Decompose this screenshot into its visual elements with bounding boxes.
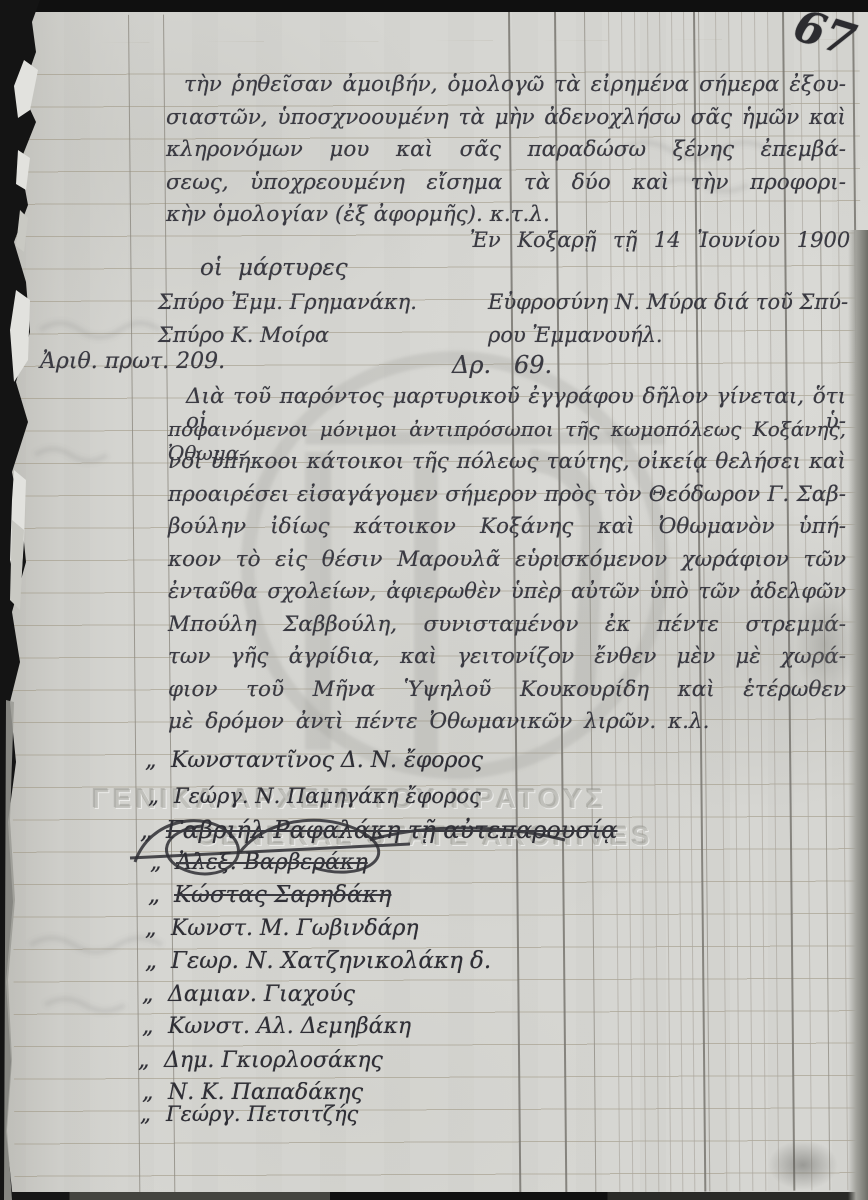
signature-row: „Γεωρ. Ν. Χατζηνικολάκη δ. xyxy=(145,948,491,974)
smudge xyxy=(768,1140,838,1190)
signature-row: „Κωνστ. Αλ. Δεμηβάκη xyxy=(142,1014,411,1039)
ditto-mark: „ xyxy=(148,882,174,908)
signature-row: „Δημ. Γκιορλοσάκης xyxy=(138,1048,383,1073)
fee-note: Δρ. 69. xyxy=(452,351,552,379)
body-line: βούλην ἰδίως κάτοικον Κοξάνης καὶ Ὀθωμαν… xyxy=(168,514,846,539)
signature-name: Κωνστ. Αλ. Δεμηβάκη xyxy=(168,1014,411,1039)
signature-row: „Γαβριήλ Ραφαλάκη τῇ αὐτεπαρουσίᾳ xyxy=(140,816,617,844)
ditto-mark: „ xyxy=(145,948,171,974)
torn-binding-edge xyxy=(0,0,48,1200)
signature-row: „Κωνστ. Μ. Γωβινδάρη xyxy=(145,916,419,941)
signature-row: „Κωνσταντῖνος Δ. Ν. ἔφορος xyxy=(145,748,483,773)
signature-name: Δημ. Γκιορλοσάκης xyxy=(164,1048,383,1073)
ditto-mark: „ xyxy=(142,1014,168,1039)
signature-row: „Ἀλεξ. Βαρβεράκη xyxy=(150,850,368,875)
body-line: ἐνταῦθα σχολείων, ἀφιερωθὲν ὑπὲρ αὐτῶν ὑ… xyxy=(168,579,846,603)
signature-name: Κωνσταντῖνος Δ. Ν. ἔφορος xyxy=(171,748,483,773)
body-line: μὲ δρόμον ἀντὶ πέντε Ὀθωμανικῶν λιρῶν. κ… xyxy=(168,709,709,734)
signature-name-struck: Κώστας Σαρηδάκη xyxy=(174,882,391,908)
protocol-number: Ἀριθ. πρωτ. 209. xyxy=(40,349,225,374)
ditto-mark: „ xyxy=(145,748,171,773)
signature-name-struck: Γαβριήλ Ραφαλάκη τῇ αὐτεπαρουσίᾳ xyxy=(166,816,617,844)
handwriting-line: τὴν ῥηθεῖσαν ἀμοιβήν, ὁμολογῶ τὰ εἰρημέν… xyxy=(184,72,846,97)
handwriting-line: σεως, ὑποχρεουμένη εἴσημα τὰ δύο καὶ τὴν… xyxy=(166,170,846,195)
ditto-mark: „ xyxy=(148,784,174,808)
witness-name: ρου Ἐμμανουήλ. xyxy=(488,323,663,347)
ditto-mark: „ xyxy=(142,982,168,1007)
scan-edge-right xyxy=(848,230,868,1200)
signature-row: „Γεώργ. Ν. Παμηγάκη ἔφορος xyxy=(148,784,481,808)
dateline: Ἐν Κοξαρῇ τῇ 14 Ἰουνίου 1900 xyxy=(470,228,850,252)
signature-name: Γεώργ. Ν. Παμηγάκη ἔφορος xyxy=(174,784,481,808)
handwriting-line: σιαστῶν, ὑποσχνοουμένη τὰ μὴν ἀδενοχλήσω… xyxy=(166,105,846,130)
signature-row: „Δαμιαν. Γιαχούς xyxy=(142,982,355,1007)
body-line: νοὶ ὑπήκοοι κάτοικοι τῆς πόλεως ταύτης, … xyxy=(168,449,846,474)
ditto-mark: „ xyxy=(138,1048,164,1073)
witnesses-heading: οἱ μάρτυρες xyxy=(200,255,348,281)
scan-edge-bottom xyxy=(0,1192,868,1200)
ditto-mark: „ xyxy=(140,1102,166,1126)
handwriting-line: κὴν ὁμολογίαν (ἐξ ἀφορμῆς). κ.τ.λ. xyxy=(166,202,550,227)
body-line: κοον τὸ εἰς θέσιν Μαρουλᾶ εὑρισκόμενον χ… xyxy=(168,547,846,572)
body-line: των γῆς ἀγρίδια, καὶ γειτονίζον ἔνθεν μὲ… xyxy=(168,644,846,669)
ditto-mark: „ xyxy=(150,850,176,875)
signature-name: Κωνστ. Μ. Γωβινδάρη xyxy=(171,916,419,941)
signature-name: Γεώργ. Πετσιτζής xyxy=(166,1102,358,1126)
signature-name: Γεωρ. Ν. Χατζηνικολάκη δ. xyxy=(171,948,491,974)
handwriting-line: κληρονόμων μου καὶ σᾶς παραδώσω ξένης ἐπ… xyxy=(166,137,846,162)
body-line: προαιρέσει εἰσαγάγομεν σήμερον πρὸς τὸν … xyxy=(168,482,846,507)
signature-name-struck: Ἀλεξ. Βαρβεράκη xyxy=(176,850,368,875)
ditto-mark: „ xyxy=(145,916,171,941)
signature-row: „Γεώργ. Πετσιτζής xyxy=(140,1102,358,1126)
witness-name: Εὐφροσύνη Ν. Μύρα διά τοῦ Σπύ- xyxy=(488,290,848,314)
scan-edge-top xyxy=(0,0,868,12)
witness-name: Σπύρο Κ. Μοίρα xyxy=(158,323,329,347)
signature-row: „Κώστας Σαρηδάκη xyxy=(148,882,391,908)
witness-name: Σπύρο Ἐμμ. Γρημανάκη. xyxy=(158,290,417,314)
body-line: Μπούλη Σαββούλη, συνισταμένον ἐκ πέντε σ… xyxy=(168,612,846,637)
body-line: φιον τοῦ Μῆνα Ὑψηλοῦ Κουκουρίδη καὶ ἑτέρ… xyxy=(168,677,846,702)
scanned-ledger-page: ΓΕΝΙΚΑ ΑΡΧΕΙΑ ΤΟΥ ΚΡΑΤΟΥΣ GENERAL STATE … xyxy=(0,0,868,1200)
signature-name: Δαμιαν. Γιαχούς xyxy=(168,982,355,1007)
ditto-mark: „ xyxy=(140,816,166,844)
page-number: 67 xyxy=(788,0,861,67)
